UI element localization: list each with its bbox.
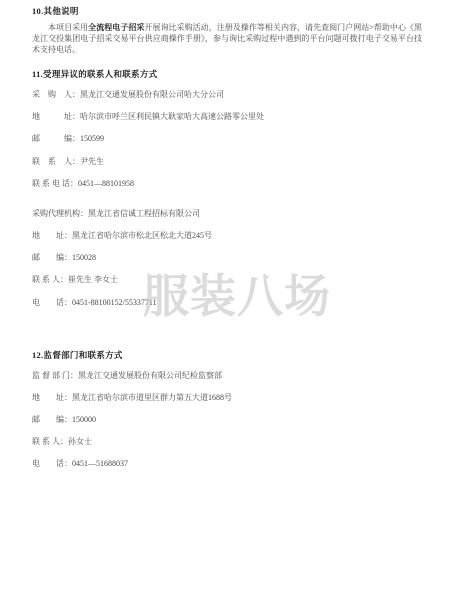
contact-row: 联 系 人：孙女士 (32, 436, 422, 447)
row-value: 尹先生 (80, 157, 104, 166)
row-label: 采购代理机构： (32, 209, 88, 218)
paragraph-prefix: 本项目采用 (48, 23, 88, 32)
row-value: 黑龙江省哈尔滨市松北区松北大道245号 (72, 231, 212, 240)
row-value: 0451-88100152/55337711 (72, 298, 157, 307)
contact-row: 电 话：0451—51688037 (32, 458, 422, 469)
row-label: 联 系 人： (32, 437, 68, 446)
purchaser-contact-block: 采 购 人：黑龙江交通发展股份有限公司哈大分公司 地 址：哈尔滨市呼兰区利民镇大… (32, 89, 422, 189)
contact-row: 监 督 部 门：黑龙江交通发展股份有限公司纪检监察部 (32, 370, 422, 381)
supervision-contact-block: 监 督 部 门：黑龙江交通发展股份有限公司纪检监察部 地 址：黑龙江省哈尔滨市道… (32, 370, 422, 470)
row-value: 0451—88101958 (78, 179, 134, 188)
contact-row: 采 购 人：黑龙江交通发展股份有限公司哈大分公司 (32, 89, 422, 100)
row-value: 150000 (72, 415, 96, 424)
agency-contact-block: 采购代理机构：黑龙江省信诚工程招标有限公司 地 址：黑龙江省哈尔滨市松北区松北大… (32, 208, 422, 308)
contact-row: 邮 编：150000 (32, 414, 422, 425)
contact-row: 采购代理机构：黑龙江省信诚工程招标有限公司 (32, 208, 422, 219)
section-10-heading: 10.其他说明 (32, 5, 422, 17)
row-value: 黑龙江交通发展股份有限公司哈大分公司 (80, 90, 224, 99)
row-label: 地 址： (32, 393, 72, 402)
row-label: 邮 编： (32, 415, 72, 424)
row-value: 150028 (72, 253, 96, 262)
row-label: 联 系 电 话： (32, 179, 78, 188)
row-value: 黑龙江省信诚工程招标有限公司 (88, 209, 200, 218)
row-value: 崔先生 李女士 (68, 275, 118, 284)
row-label: 联 系 人： (32, 275, 68, 284)
contact-row: 地 址：哈尔滨市呼兰区利民镇大耿家哈大高速公路零公里处 (32, 111, 422, 122)
section-10-paragraph: 本项目采用全流程电子招采开展询比采购活动，注册及操作等相关内容，请先查阅门户网站… (32, 22, 422, 55)
row-label: 采 购 人： (32, 90, 80, 99)
document-page: 10.其他说明 本项目采用全流程电子招采开展询比采购活动，注册及操作等相关内容，… (0, 0, 450, 600)
row-label: 邮 编： (32, 253, 72, 262)
section-12-heading: 12.监督部门和联系方式 (32, 349, 422, 361)
row-label: 监 督 部 门： (32, 371, 78, 380)
row-label: 联 系 人： (32, 157, 80, 166)
contact-row: 邮 编：150028 (32, 252, 422, 263)
row-label: 电 话： (32, 298, 72, 307)
contact-row: 电 话：0451-88100152/55337711 (32, 297, 422, 308)
document-content: 10.其他说明 本项目采用全流程电子招采开展询比采购活动，注册及操作等相关内容，… (32, 5, 422, 480)
row-value: 0451—51688037 (72, 459, 128, 468)
section-11-heading: 11.受理异议的联系人和联系方式 (32, 68, 422, 80)
contact-row: 地 址：黑龙江省哈尔滨市道里区群力第五大道1688号 (32, 392, 422, 403)
row-value: 孙女士 (68, 437, 92, 446)
row-label: 地 址： (32, 231, 72, 240)
row-value: 哈尔滨市呼兰区利民镇大耿家哈大高速公路零公里处 (80, 112, 264, 121)
row-label: 邮 编： (32, 134, 80, 143)
row-value: 黑龙江省哈尔滨市道里区群力第五大道1688号 (72, 393, 232, 402)
row-value: 150599 (80, 134, 104, 143)
row-value: 黑龙江交通发展股份有限公司纪检监察部 (78, 371, 222, 380)
contact-row: 联 系 人：尹先生 (32, 156, 422, 167)
paragraph-bold-term: 全流程电子招采 (88, 23, 144, 32)
contact-row: 联 系 电 话：0451—88101958 (32, 178, 422, 189)
contact-row: 联 系 人：崔先生 李女士 (32, 274, 422, 285)
row-label: 地 址： (32, 112, 80, 121)
row-label: 电 话： (32, 459, 72, 468)
contact-row: 邮 编：150599 (32, 133, 422, 144)
contact-row: 地 址：黑龙江省哈尔滨市松北区松北大道245号 (32, 230, 422, 241)
